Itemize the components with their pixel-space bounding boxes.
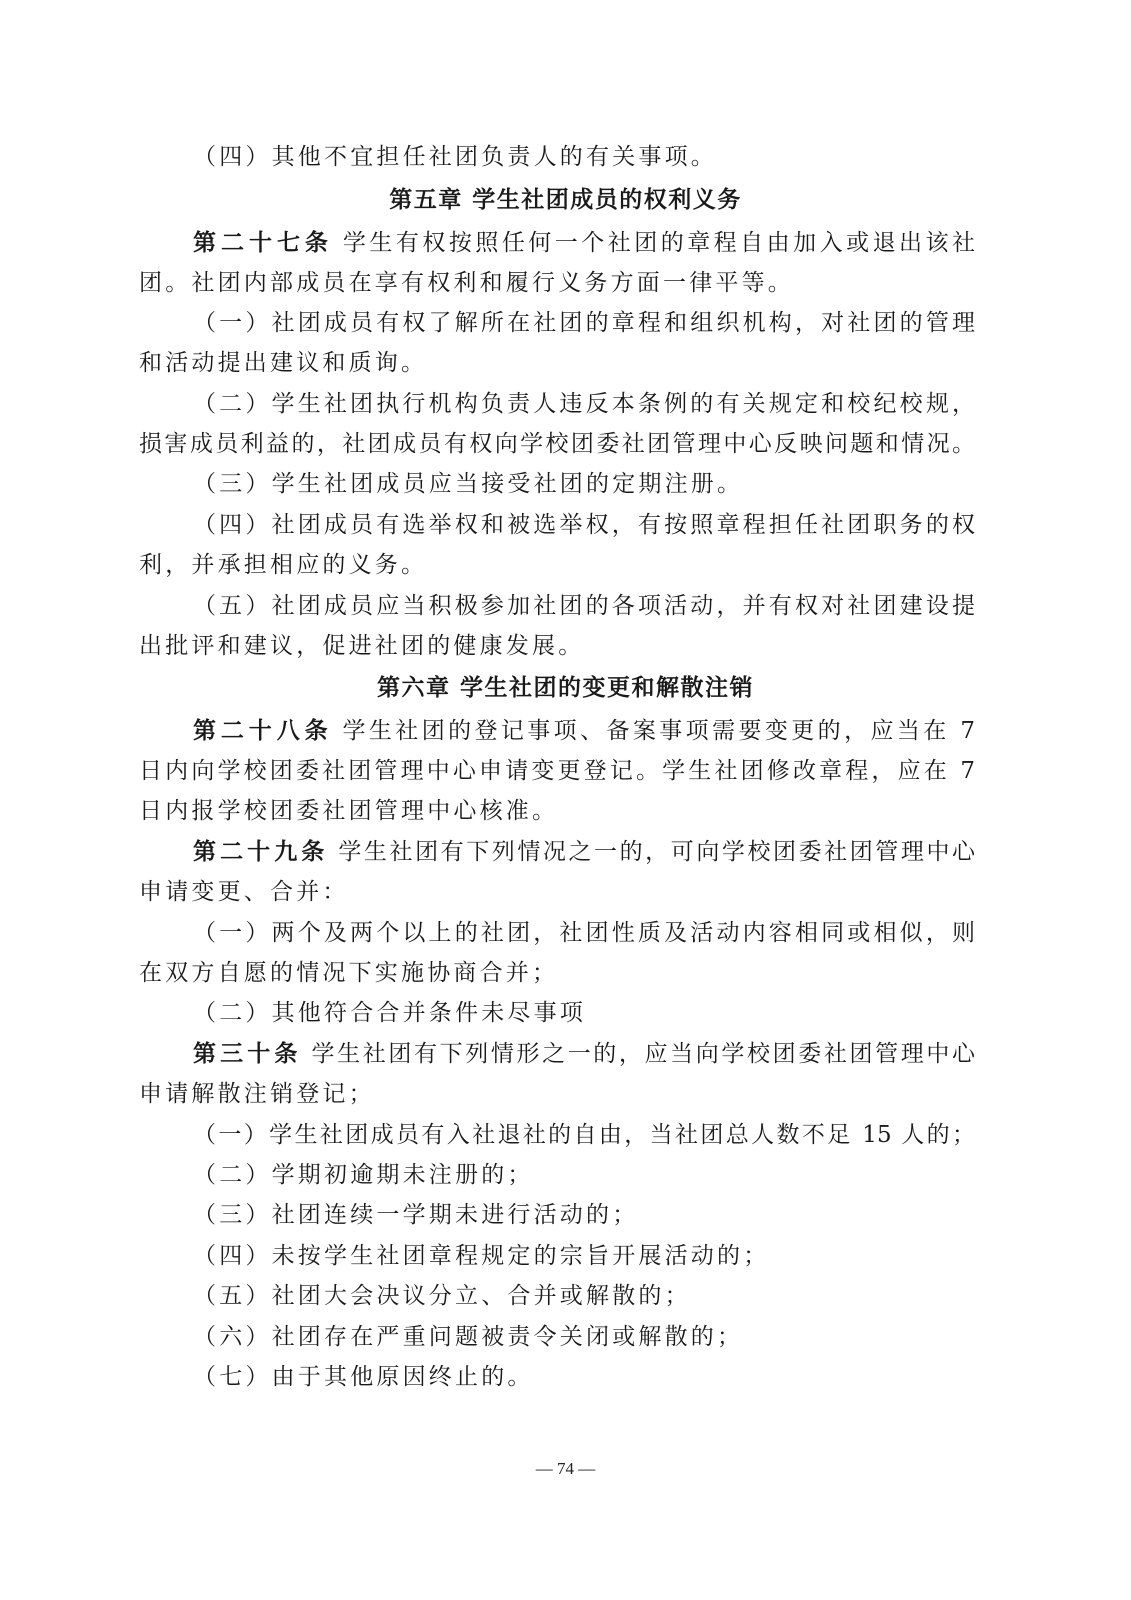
dissolve-item-6: （六）社团存在严重问题被责令关闭或解散的； [193, 1322, 743, 1352]
dissolve-item-2: （二）学期初逾期未注册的； [193, 1160, 534, 1190]
article-28-label: 第二十八条 [193, 718, 333, 744]
article-28-text: 学生社团的登记事项、备案事项需要变更的，应当在 7 [343, 718, 976, 744]
article-29-label: 第二十九条 [193, 839, 328, 865]
article-30-label: 第三十条 [193, 1041, 301, 1067]
article-27-line-2: 团。社团内部成员在享有权利和履行义务方面一律平等。 [139, 268, 794, 298]
article-29-text: 学生社团有下列情况之一的，可向学校团委社团管理中心 [338, 839, 975, 865]
item-2-rights-line-2: 损害成员利益的，社团成员有权向学校团委社团管理中心反映问题和情况。 [139, 429, 975, 459]
page-number: — 74 — [0, 1459, 1131, 1479]
article-30-text: 学生社团有下列情形之一的，应当向学校团委社团管理中心 [311, 1041, 975, 1067]
article-27-label: 第二十七条 [193, 230, 333, 256]
item-5-rights-line-2: 出批评和建议，促进社团的健康发展。 [139, 631, 584, 661]
merge-item-1-line-2: 在双方自愿的情况下实施协商合并； [139, 958, 558, 988]
item-4-rights-line-2: 利，并承担相应的义务。 [139, 550, 427, 580]
item-5-rights-line-1: （五）社团成员应当积极参加社团的各项活动，并有权对社团建设提 [193, 591, 975, 621]
dissolve-item-7: （七）由于其他原因终止的。 [193, 1362, 534, 1392]
document-page: （四）其他不宜担任社团负责人的有关事项。 第五章 学生社团成员的权利义务 第二十… [0, 0, 1131, 1600]
item-1-rights-line-1: （一）社团成员有权了解所在社团的章程和组织机构，对社团的管理 [193, 308, 975, 338]
item-4-other-matters: （四）其他不宜担任社团负责人的有关事项。 [193, 142, 717, 172]
dissolve-item-4: （四）未按学生社团章程规定的宗旨开展活动的； [193, 1241, 769, 1271]
item-1-rights-line-2: 和活动提出建议和质询。 [139, 348, 427, 378]
article-29-line-2: 申请变更、合并： [139, 877, 349, 907]
article-30-line-2: 申请解散注销登记； [139, 1079, 375, 1109]
merge-item-2: （二）其他符合合并条件未尽事项 [193, 998, 586, 1028]
article-27-line-1: 第二十七条学生有权按照任何一个社团的章程自由加入或退出该社 [193, 228, 975, 258]
item-4-rights-line-1: （四）社团成员有选举权和被选举权，有按照章程担任社团职务的权 [193, 510, 975, 540]
article-29-line-1: 第二十九条学生社团有下列情况之一的，可向学校团委社团管理中心 [193, 837, 975, 867]
dissolve-item-5: （五）社团大会决议分立、合并或解散的； [193, 1281, 691, 1311]
article-28-line-1: 第二十八条学生社团的登记事项、备案事项需要变更的，应当在 7 [193, 716, 975, 746]
item-2-rights-line-1: （二）学生社团执行机构负责人违反本条例的有关规定和校纪校规， [193, 389, 975, 419]
article-30-line-1: 第三十条学生社团有下列情形之一的，应当向学校团委社团管理中心 [193, 1039, 975, 1069]
article-27-text: 学生有权按照任何一个社团的章程自由加入或退出该社 [343, 230, 975, 256]
chapter-5-heading: 第五章 学生社团成员的权利义务 [0, 185, 1131, 215]
dissolve-item-3: （三）社团连续一学期未进行活动的； [193, 1200, 638, 1230]
item-3-rights: （三）学生社团成员应当接受社团的定期注册。 [193, 469, 743, 499]
article-28-line-2: 日内向学校团委社团管理中心申请变更登记。学生社团修改章程，应在 7 [139, 756, 975, 786]
dissolve-item-1: （一）学生社团成员有入社退社的自由，当社团总人数不足 15 人的； [193, 1120, 975, 1150]
merge-item-1-line-1: （一）两个及两个以上的社团，社团性质及活动内容相同或相似，则 [193, 918, 975, 948]
chapter-6-heading: 第六章 学生社团的变更和解散注销 [0, 673, 1131, 703]
article-28-line-3: 日内报学校团委社团管理中心核准。 [139, 796, 558, 826]
